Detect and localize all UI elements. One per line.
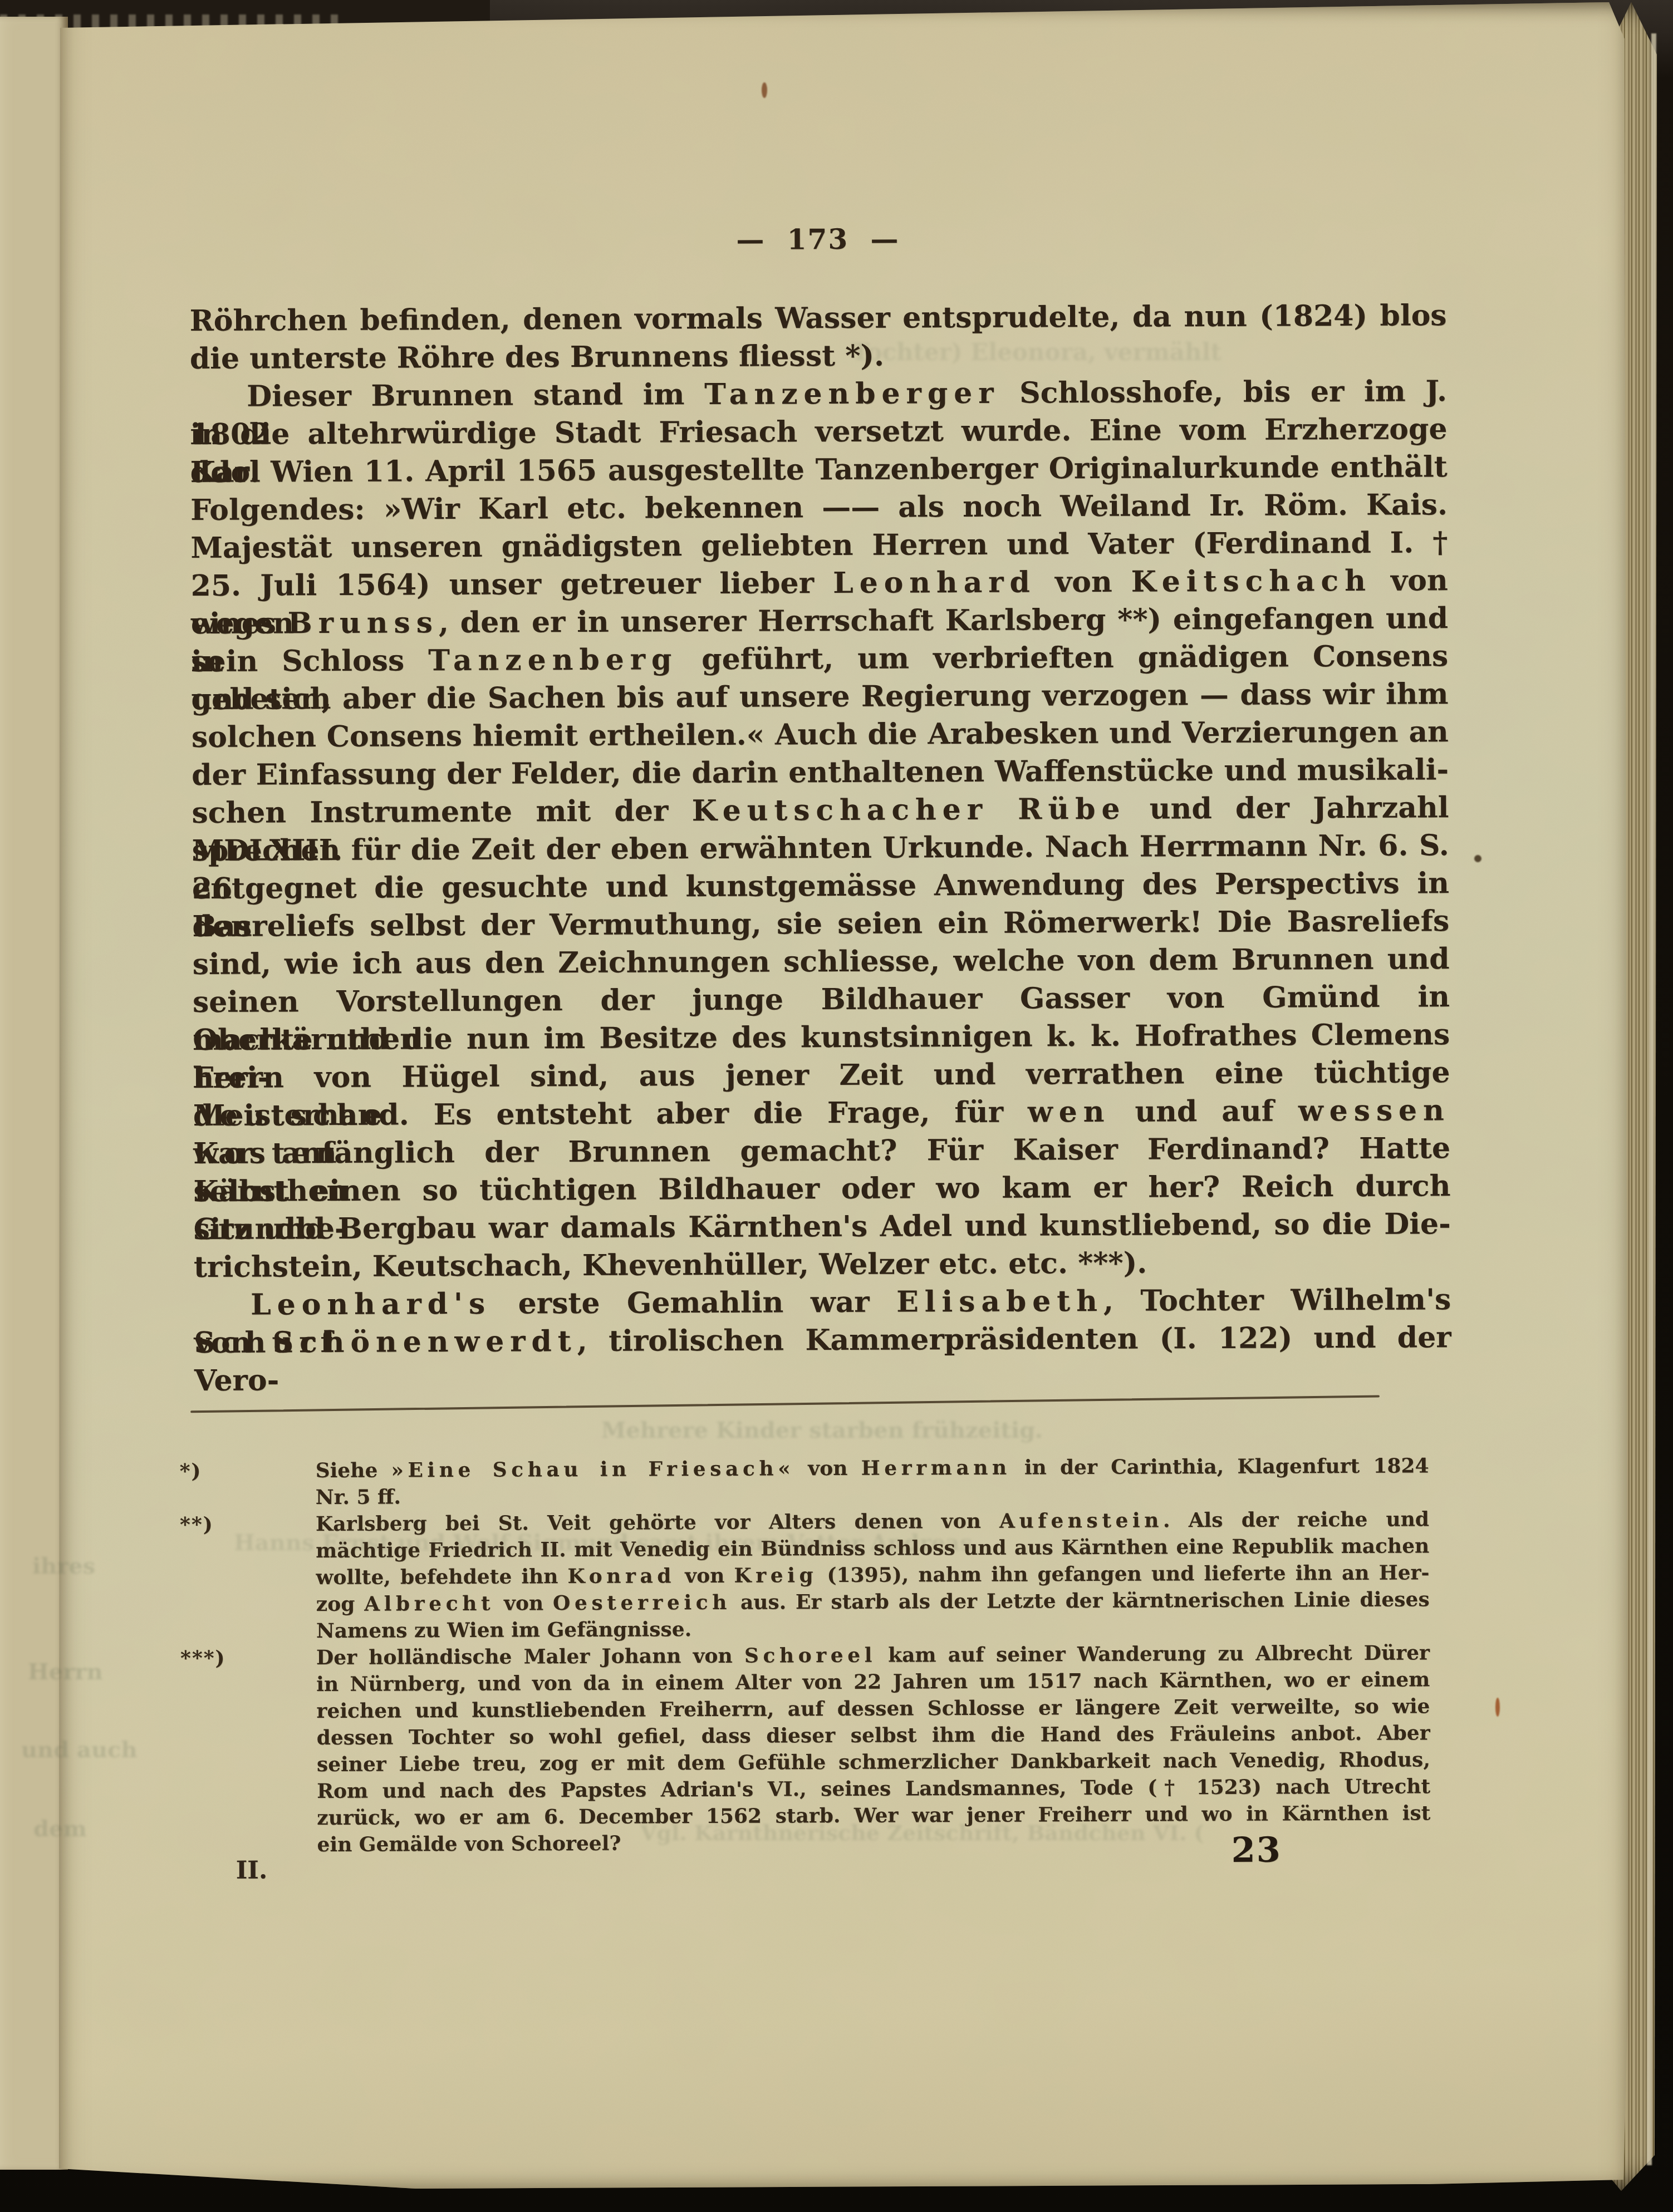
letterspaced-text: Oesterreich <box>553 1591 731 1615</box>
text-segment: und auf <box>1110 1094 1298 1128</box>
text-line: sein Schloss Tanzenberg geführt, um verb… <box>191 637 1448 681</box>
text-segment: seiner Liebe treu, zog er mit dem Gefühl… <box>317 1748 1430 1776</box>
text-segment: und sich aber die Sachen bis auf unsere … <box>191 677 1448 716</box>
letterspaced-text: Aufenstein <box>999 1508 1163 1532</box>
letterspaced-text: Leonhard's <box>251 1287 491 1322</box>
footnote-block: *)Siehe »Eine Schau in Friesach« von Her… <box>315 1452 1430 1858</box>
text-segment: mächtige Friedrich II. mit Venedig ein B… <box>316 1534 1429 1562</box>
text-segment: trichstein, Keutschach, Khevenhüller, We… <box>194 1246 1147 1284</box>
text-segment: von <box>675 1564 734 1587</box>
text-segment: Basreliefs selbst der Vermuthung, sie se… <box>192 904 1449 943</box>
text-line: war anfänglich der Brunnen gemacht? Für … <box>193 1129 1450 1173</box>
footnote-line: *)Siehe »Eine Schau in Friesach« von Her… <box>315 1452 1429 1484</box>
text-line: eines Brunss, den er in unserer Herrscha… <box>191 599 1448 643</box>
text-segment: sein Schloss <box>191 643 428 679</box>
page-content: — 173 — Röhrchen befinden, denen vormals… <box>0 0 1673 2212</box>
text-line: solchen Consens hiemit ertheilen.« Auch … <box>192 713 1449 756</box>
text-line: und sich aber die Sachen bis auf unsere … <box>191 675 1448 719</box>
text-line: Majestät unseren gnädigsten geliebten He… <box>190 524 1448 567</box>
footnote-marker: **) <box>180 1511 308 1538</box>
text-segment: 25. Juli 1564) unser getreuer lieber <box>191 566 833 603</box>
text-line: machte und die nun im Besitze des kunsts… <box>193 1016 1450 1059</box>
text-segment: von <box>1036 565 1131 599</box>
text-line: Folgendes: »Wir Karl etc. bekennen —— al… <box>190 486 1448 529</box>
text-segment: erste Gemahlin war <box>491 1285 896 1321</box>
text-segment: sitz und Bergbau war damals Kärnthen's A… <box>194 1207 1451 1246</box>
footnote-line: Rom und nach des Papstes Adrian's VI., s… <box>317 1773 1430 1805</box>
text-line: sind, wie ich aus den Zeichnungen schlie… <box>192 940 1449 984</box>
text-segment: der Einfassung der Felder, die darin ent… <box>192 753 1449 792</box>
letterspaced-text: Tanzenberg <box>428 642 678 677</box>
text-line: von Schönenwerdt, tirolischen Kammerpräs… <box>194 1319 1451 1362</box>
footnote-line: zog Albrecht von Oesterreich aus. Er sta… <box>316 1586 1430 1618</box>
letterspaced-text: Keutschacher Rübe <box>691 792 1126 828</box>
volume-signature: II. <box>236 1856 268 1884</box>
text-segment: von <box>494 1591 553 1615</box>
text-line: schen Instrumente mit der Keutschacher R… <box>192 789 1449 832</box>
letterspaced-text: wen <box>1028 1095 1111 1129</box>
main-text-block: Röhrchen befinden, denen vormals Wasser … <box>189 297 1451 1362</box>
text-segment: herrn von Hügel sind, aus jener Zeit und… <box>193 1055 1450 1095</box>
text-line: trichstein, Keutschach, Khevenhüller, We… <box>194 1243 1451 1286</box>
footnote-line: mächtige Friedrich II. mit Venedig ein B… <box>316 1532 1429 1564</box>
footnote-separator-rule <box>190 1395 1380 1413</box>
text-segment: Röhrchen befinden, denen vormals Wasser … <box>189 298 1446 338</box>
text-segment: wollte, befehdete ihn <box>316 1565 567 1589</box>
text-segment: in der Carinthia, Klagenfurt 1824 <box>1011 1454 1429 1479</box>
sheet-number: 23 <box>1231 1830 1282 1870</box>
text-line: in die altehrwürdige Stadt Friesach vers… <box>190 410 1447 454</box>
footnote-line: dessen Tochter so wohl gefiel, dass dies… <box>317 1719 1430 1751</box>
text-segment: solchen Consens hiemit ertheilen.« Auch … <box>192 715 1449 754</box>
text-line: herrn von Hügel sind, aus jener Zeit und… <box>193 1054 1450 1097</box>
text-segment: aus. Er starb als der Letzte der kärntne… <box>731 1587 1430 1614</box>
text-line: entgegnet die gesuchte und kunstgemässe … <box>192 864 1449 908</box>
footnote-line: Nr. 5 ff. <box>316 1479 1429 1511</box>
letterspaced-text: Schönenwerdt <box>272 1324 577 1359</box>
text-line: der Einfassung der Felder, die darin ent… <box>192 751 1449 794</box>
text-segment: in Nürnberg, und von da in einem Alter v… <box>316 1668 1430 1696</box>
text-line: seinen Vorstellungen der junge Bildhauer… <box>193 978 1450 1021</box>
letterspaced-text: Kreig <box>734 1564 817 1587</box>
letterspaced-text: Keitschach <box>1131 564 1372 599</box>
text-segment: von <box>794 1457 861 1481</box>
footnote-line: Namens zu Wien im Gefängnisse. <box>316 1613 1430 1644</box>
text-line: Meisterhand. Es entsteht aber die Frage,… <box>193 1092 1450 1135</box>
text-segment: die unterste Röhre des Brunnens fliesst … <box>190 339 885 376</box>
text-segment: sind, wie ich aus den Zeichnungen schlie… <box>192 942 1449 981</box>
text-segment: reichen und kunstliebenden Freiherrn, au… <box>316 1694 1430 1723</box>
text-segment: ddo. Wien 11. April 1565 ausgestellte Ta… <box>190 450 1448 489</box>
letterspaced-text: Elisabeth <box>896 1284 1103 1319</box>
footnote-line: **)Karlsberg bei St. Veit gehörte vor Al… <box>316 1506 1429 1537</box>
text-line: Dieser Brunnen stand im Tanzenberger Sch… <box>190 372 1447 416</box>
text-segment: ein Gemälde von Schoreel? <box>317 1832 621 1856</box>
footnote-line: in Nürnberg, und von da in einem Alter v… <box>316 1666 1430 1698</box>
text-segment: kam auf seiner Wanderung zu Albrecht Dür… <box>876 1641 1430 1667</box>
text-segment: Folgendes: »Wir Karl etc. bekennen —— al… <box>190 488 1448 527</box>
book-photo: Tochter) Eleonora, vermähltMehrere Kinde… <box>0 0 1673 2212</box>
letterspaced-text: Brunss <box>288 606 439 640</box>
text-segment: Rom und nach des Papstes Adrian's VI., s… <box>317 1774 1430 1803</box>
footnote-marker: *) <box>179 1457 307 1485</box>
letterspaced-text: Albrecht <box>364 1592 494 1616</box>
text-segment: Namens zu Wien im Gefängnisse. <box>316 1618 692 1643</box>
letterspaced-text: Leonhard <box>833 565 1036 600</box>
text-line: sitz und Bergbau war damals Kärnthen's A… <box>194 1205 1451 1248</box>
text-segment: Meisterhand. Es entsteht aber die Frage,… <box>193 1095 1028 1133</box>
text-segment: (1395), nahm ihn gefangen und lieferte i… <box>817 1561 1429 1587</box>
letterspaced-text: »Eine Schau in Friesach« <box>391 1457 794 1482</box>
footnote-marker: ***) <box>180 1644 308 1672</box>
letterspaced-text: Schoreel <box>744 1644 876 1668</box>
text-line: ddo. Wien 11. April 1565 ausgestellte Ta… <box>190 448 1448 491</box>
footnote-line: ***)Der holländische Maler Johann von Sc… <box>316 1639 1430 1671</box>
text-segment: Siehe <box>315 1459 391 1483</box>
text-segment: dessen Tochter so wohl gefiel, dass dies… <box>317 1721 1430 1749</box>
footnote-line: seiner Liebe treu, zog er mit dem Gefühl… <box>317 1746 1430 1778</box>
text-line: selbst einen so tüchtigen Bildhauer oder… <box>193 1167 1450 1211</box>
letterspaced-text: Herrmann <box>861 1456 1011 1480</box>
text-line: Röhrchen befinden, denen vormals Wasser … <box>189 297 1446 340</box>
footnote-line: reichen und kunstliebenden Freiherrn, au… <box>316 1693 1430 1724</box>
text-line: die unterste Röhre des Brunnens fliesst … <box>190 335 1447 378</box>
text-line: sprechen für die Zeit der eben erwähnten… <box>192 827 1449 870</box>
text-segment: Nr. 5 ff. <box>316 1485 401 1509</box>
footnote-line: zurück, wo er am 6. December 1562 starb.… <box>317 1800 1430 1831</box>
letterspaced-text: Konrad <box>567 1564 675 1588</box>
text-segment: von <box>194 1325 272 1360</box>
text-segment: zog <box>316 1592 365 1616</box>
text-segment: Karlsberg bei St. Veit gehörte vor Alter… <box>316 1510 999 1536</box>
letterspaced-text: Tanzenberger <box>704 376 1000 411</box>
page-number: — 173 — <box>189 220 1446 258</box>
text-line: Leonhard's erste Gemahlin war Elisabeth,… <box>194 1281 1451 1324</box>
text-segment: Der holländische Maler Johann von <box>316 1644 744 1669</box>
text-segment: . Als der reiche und <box>1163 1507 1429 1532</box>
text-segment: zurück, wo er am 6. December 1562 starb.… <box>317 1801 1430 1830</box>
footnote-line: wollte, befehdete ihn Konrad von Kreig (… <box>316 1559 1429 1591</box>
text-segment: schen Instrumente mit der <box>192 794 691 830</box>
scan-root: { "book_page": { "page_number_header": "… <box>0 0 1673 2212</box>
text-segment: , Tochter Wilhelm's <box>1103 1282 1451 1318</box>
text-segment: Majestät unseren gnädigsten geliebten He… <box>190 525 1448 565</box>
text-line: 25. Juli 1564) unser getreuer lieber Leo… <box>190 562 1448 605</box>
text-segment: Dieser Brunnen stand im <box>247 377 704 414</box>
text-segment: eines <box>191 606 288 641</box>
text-line: Basreliefs selbst der Vermuthung, sie se… <box>192 902 1449 946</box>
